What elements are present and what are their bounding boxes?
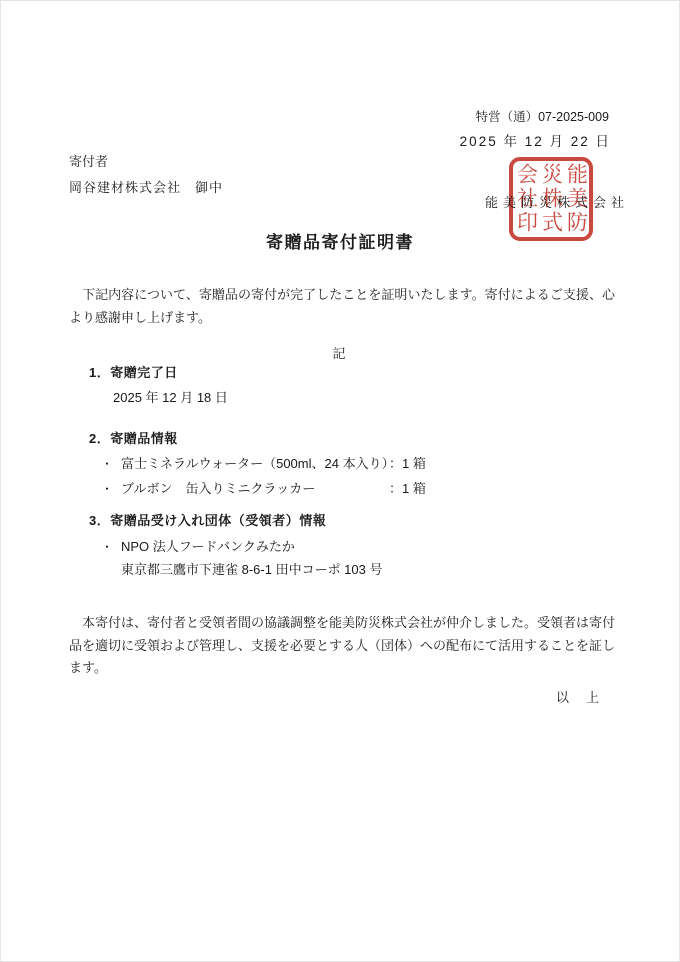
intro-paragraph: 下記内容について、寄贈品の寄付が完了したことを証明いたします。寄付によるご支援、…: [69, 284, 615, 329]
section-2-heading: 2．寄贈品情報: [89, 428, 178, 447]
section-1-heading: 1．寄贈完了日: [89, 362, 178, 381]
document-title: 寄贈品寄付証明書: [1, 228, 679, 253]
donor-label: 寄付者: [69, 151, 108, 170]
record-marker: 記: [1, 343, 679, 362]
ref-number: 特営（通）07-2025-009: [476, 107, 609, 125]
seal-text: 能美防災株式会社印: [514, 162, 589, 236]
issue-date: 2025 年 12 月 22 日: [460, 130, 611, 150]
item-name: ブルボン 缶入りミニクラッカー: [121, 478, 389, 497]
item-quantity: ：1 箱: [389, 478, 426, 497]
document-page: 特営（通）07-2025-009 2025 年 12 月 22 日 寄付者 岡谷…: [0, 0, 680, 962]
donor-name: 岡谷建材株式会社 御中: [69, 177, 223, 196]
bullet-icon: ・: [101, 455, 121, 472]
recipient-row: ・ NPO 法人フードバンクみたか: [101, 536, 295, 555]
closing-paragraph: 本寄付は、寄付者と受領者間の協議調整を能美防災株式会社が仲介しました。受領者は寄…: [69, 612, 615, 680]
recipient-name: NPO 法人フードバンクみたか: [121, 536, 295, 555]
donation-item-row: ・ ブルボン 缶入りミニクラッカー ：1 箱: [101, 478, 426, 497]
end-marker: 以 上: [556, 687, 601, 706]
donation-item-row: ・ 富士ミネラルウォーター（500ml、24 本入り） ：1 箱: [101, 453, 426, 472]
donation-completion-date: 2025 年 12 月 18 日: [113, 387, 228, 406]
bullet-icon: ・: [101, 538, 121, 555]
recipient-address: 東京都三鷹市下連雀 8-6-1 田中コーポ 103 号: [121, 559, 383, 578]
section-3-heading: 3．寄贈品受け入れ団体（受領者）情報: [89, 510, 326, 529]
item-name: 富士ミネラルウォーター（500ml、24 本入り）: [121, 453, 389, 472]
item-quantity: ：1 箱: [389, 453, 426, 472]
bullet-icon: ・: [101, 480, 121, 497]
